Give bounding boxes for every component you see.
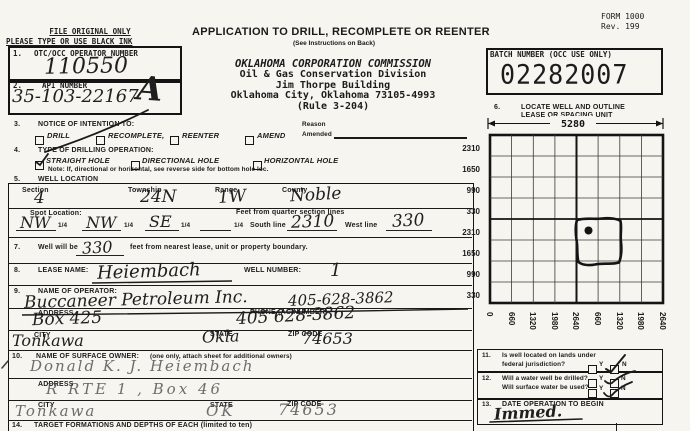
federal-n-check-mark xyxy=(606,355,625,372)
surface-water-n-check-mark xyxy=(604,382,632,397)
date-operation-underline xyxy=(490,419,582,422)
scanned-form-page: FILE ORIGINAL ONLY PLEASE TYPE OR USE BL… xyxy=(0,0,690,431)
intention-slash-mark xyxy=(45,110,148,152)
operator-name-underline xyxy=(22,309,468,315)
handwritten-marks-overlay xyxy=(0,0,690,431)
lease-name-underline xyxy=(92,281,232,283)
straight-hole-check-mark xyxy=(36,154,48,165)
stray-pen-mark xyxy=(2,361,8,368)
